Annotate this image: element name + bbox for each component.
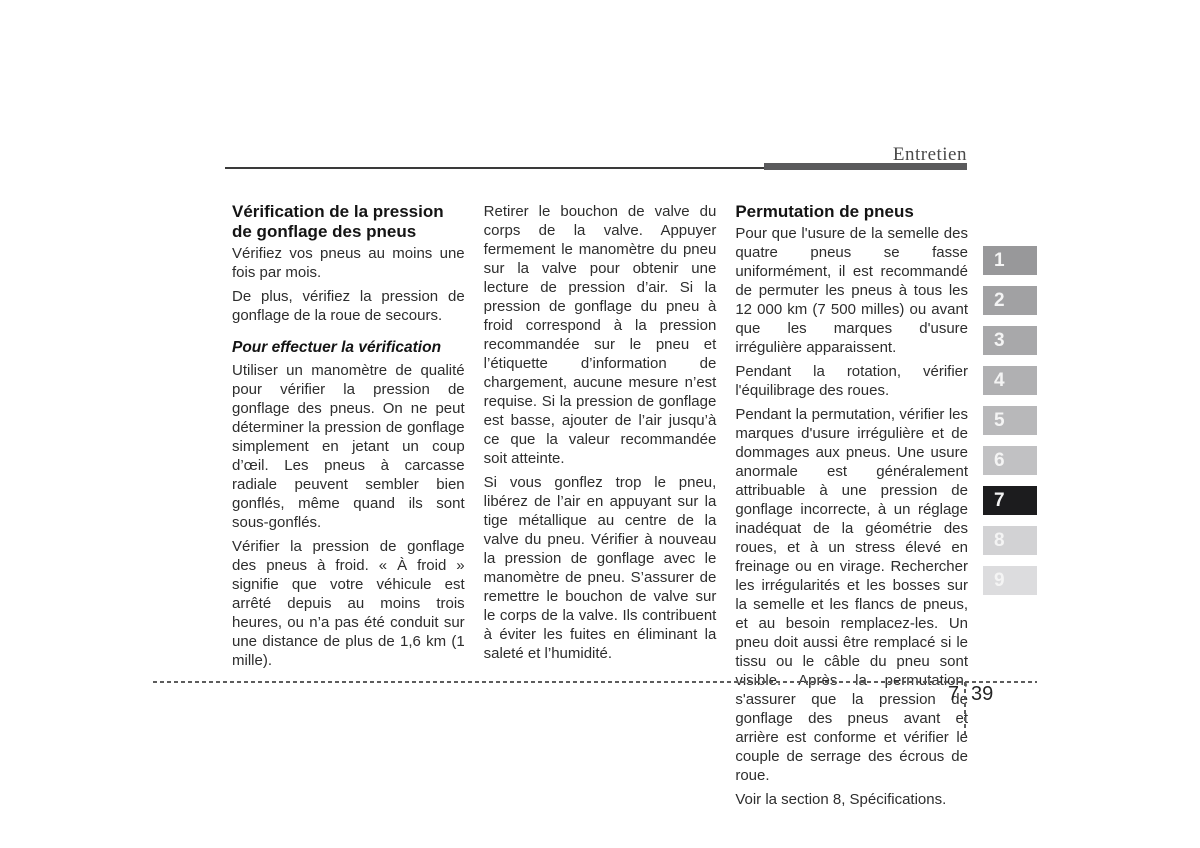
- subheading-how-to-check: Pour effectuer la vérification: [232, 338, 465, 357]
- section-tab-4: 4: [983, 366, 1037, 395]
- section-tab-9: 9: [983, 566, 1037, 595]
- manual-page: Entretien Vérification de la pression de…: [0, 0, 1200, 848]
- heading-tire-pressure-check: Vérification de la pression de gonflage …: [232, 202, 465, 242]
- section-tab-5: 5: [983, 406, 1037, 435]
- section-tab-6: 6: [983, 446, 1037, 475]
- paragraph: Si vous gonflez trop le pneu, libérez de…: [484, 473, 717, 663]
- column-tire-rotation: Permutation de pneus Pour que l'usure de…: [735, 202, 968, 814]
- paragraph: Pour que l'usure de la semelle des quatr…: [735, 224, 968, 357]
- folio-divider: [964, 682, 966, 735]
- paragraph: Voir la section 8, Spécifications.: [735, 790, 968, 809]
- paragraph: Pendant la permutation, vérifier les mar…: [735, 405, 968, 785]
- section-tab-2: 2: [983, 286, 1037, 315]
- paragraph: Vérifiez vos pneus au moins une fois par…: [232, 244, 465, 282]
- header-rule-thick: [764, 163, 967, 170]
- heading-tire-rotation: Permutation de pneus: [735, 202, 968, 222]
- folio-section-number: 7: [913, 683, 959, 706]
- header-rule-thin: [225, 167, 767, 169]
- section-tab-index: 1 2 3 4 5 6 7 8 9: [983, 246, 1037, 606]
- folio-page-number: 39: [971, 683, 993, 706]
- section-tab-8: 8: [983, 526, 1037, 555]
- footer-dashed-rule: [153, 681, 1037, 683]
- column-tire-pressure: Vérification de la pression de gonflage …: [232, 202, 465, 814]
- section-tab-7-active: 7: [983, 486, 1037, 515]
- section-tab-1: 1: [983, 246, 1037, 275]
- paragraph: Utiliser un manomètre de qualité pour vé…: [232, 361, 465, 532]
- section-tab-3: 3: [983, 326, 1037, 355]
- paragraph: Retirer le bouchon de valve du corps de …: [484, 202, 717, 468]
- column-valve-procedure: Retirer le bouchon de valve du corps de …: [484, 202, 717, 814]
- paragraph: De plus, vérifiez la pression de gonflag…: [232, 287, 465, 325]
- paragraph: Vérifier la pression de gonflage des pne…: [232, 537, 465, 670]
- page-body: Vérification de la pression de gonflage …: [232, 202, 968, 814]
- paragraph: Pendant la rotation, vérifier l'équilibr…: [735, 362, 968, 400]
